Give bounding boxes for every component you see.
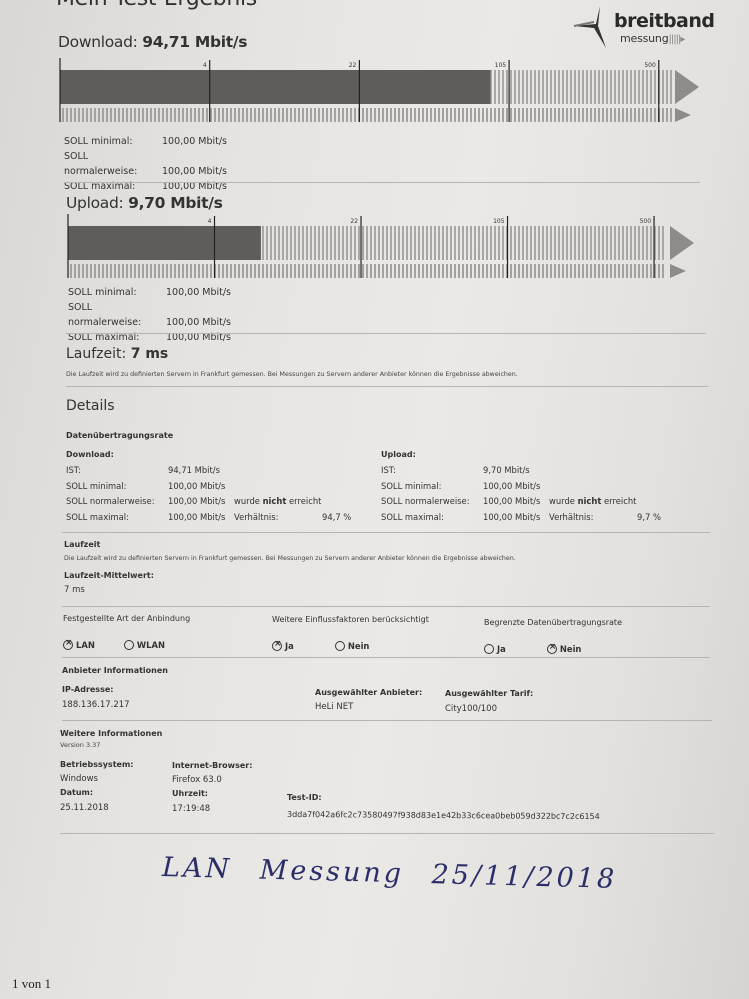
latency-mean-label: Laufzeit-Mittelwert: xyxy=(64,571,154,580)
upload-ratio: 9,7 % xyxy=(637,512,661,522)
divider xyxy=(62,606,710,607)
page-title: Mein Test-Ergebnis xyxy=(56,0,257,11)
download-value: 94,71 Mbit/s xyxy=(142,33,247,51)
upload-value: 9,70 Mbit/s xyxy=(128,194,222,212)
radio-factors-ja: Ja xyxy=(272,641,294,651)
time-label: Uhrzeit: xyxy=(172,789,208,798)
radio-unchecked-icon xyxy=(124,640,134,650)
logo-sub-text: messung|||||▸ xyxy=(620,32,684,45)
browser-value: Firefox 63.0 xyxy=(172,775,222,785)
soll-row: SOLL minimal:100,00 Mbit/s xyxy=(64,134,227,149)
star-logo-icon xyxy=(572,4,616,50)
radio-checked-icon xyxy=(63,640,73,650)
divider xyxy=(62,720,712,721)
detail-row: SOLL maximal:100,00 Mbit/sVerhältnis:9,7… xyxy=(381,510,661,526)
details-download: Download: IST:94,71 Mbit/s SOLL minimal:… xyxy=(66,446,351,525)
radio-limited-nein: Nein xyxy=(547,644,582,654)
svg-text:4: 4 xyxy=(208,218,212,225)
latency-value: 7 ms xyxy=(131,346,169,362)
date-value: 25.11.2018 xyxy=(60,803,109,813)
os-label: Betriebssystem: xyxy=(60,760,133,769)
detail-row: SOLL normalerweise:100,00 Mbit/swurde ni… xyxy=(66,494,351,510)
svg-text:22: 22 xyxy=(350,218,358,225)
divider xyxy=(60,833,714,834)
tariff-value: City100/100 xyxy=(445,704,497,714)
laufzeit-note: Die Laufzeit wird zu definierten Servern… xyxy=(64,555,516,562)
detail-row: SOLL normalerweise:100,00 Mbit/swurde ni… xyxy=(381,494,661,510)
handwritten-note: LAN Messung 25/11/2018 xyxy=(162,852,618,895)
download-heading: Download: 94,71 Mbit/s xyxy=(58,33,247,51)
breitbandmessung-logo: breitband messung|||||▸ xyxy=(572,4,712,50)
download-gauge: 422105500 xyxy=(58,58,703,128)
connection-radio-group: LAN WLAN xyxy=(63,635,165,654)
latency-heading: Laufzeit: 7 ms xyxy=(66,346,168,362)
page-counter: 1 von 1 xyxy=(12,976,51,992)
factors-title: Weitere Einflussfaktoren berücksichtigt xyxy=(272,615,429,624)
details-upload: Upload: IST:9,70 Mbit/s SOLL minimal:100… xyxy=(381,446,661,525)
latency-mean-value: 7 ms xyxy=(64,585,85,595)
testid-label: Test-ID: xyxy=(287,793,322,802)
radio-checked-icon xyxy=(272,641,282,651)
connection-title: Festgestellte Art der Anbindung xyxy=(63,614,190,623)
radio-lan: LAN xyxy=(63,640,95,650)
rate-subheading: Datenübertragungsrate xyxy=(66,431,173,440)
radio-wlan: WLAN xyxy=(124,640,165,650)
radio-checked-icon xyxy=(547,644,557,654)
divider xyxy=(66,386,708,387)
radio-unchecked-icon xyxy=(484,644,494,654)
svg-text:500: 500 xyxy=(644,62,656,69)
time-value: 17:19:48 xyxy=(172,804,210,814)
divider xyxy=(66,333,706,334)
radio-unchecked-icon xyxy=(335,641,345,651)
version-text: Version 3.37 xyxy=(60,741,100,749)
soll-row: SOLL normalerweise:100,00 Mbit/s xyxy=(64,149,227,179)
latency-note: Die Laufzeit wird zu definierten Servern… xyxy=(66,371,518,378)
provider-value: HeLi NET xyxy=(315,702,353,712)
date-label: Datum: xyxy=(60,788,93,797)
svg-text:4: 4 xyxy=(203,62,207,69)
svg-text:22: 22 xyxy=(349,62,357,69)
laufzeit-subheading: Laufzeit xyxy=(64,540,100,549)
svg-text:105: 105 xyxy=(493,218,505,225)
ip-label: IP-Adresse: xyxy=(62,685,113,694)
soll-row: SOLL normalerweise:100,00 Mbit/s xyxy=(68,300,231,330)
tariff-label: Ausgewählter Tarif: xyxy=(445,689,533,698)
provider-heading: Anbieter Informationen xyxy=(62,666,168,675)
divider xyxy=(62,532,710,533)
divider xyxy=(64,182,700,183)
download-soll-table: SOLL minimal:100,00 Mbit/s SOLL normaler… xyxy=(64,134,227,194)
divider xyxy=(62,657,710,658)
detail-row: SOLL minimal:100,00 Mbit/s xyxy=(66,479,351,495)
detail-row: IST:9,70 Mbit/s xyxy=(381,463,661,479)
limited-title: Begrenzte Datenübertragungsrate xyxy=(484,618,622,627)
browser-label: Internet-Browser: xyxy=(172,761,252,770)
factors-radio-group: Ja Nein xyxy=(272,636,369,655)
details-heading: Details xyxy=(66,398,115,414)
soll-row: SOLL minimal:100,00 Mbit/s xyxy=(68,285,231,300)
detail-row: SOLL minimal:100,00 Mbit/s xyxy=(381,479,661,495)
upload-gauge: 422105500 xyxy=(66,214,698,279)
upload-heading: Upload: 9,70 Mbit/s xyxy=(66,194,223,212)
radio-limited-ja: Ja xyxy=(484,644,506,654)
svg-text:105: 105 xyxy=(495,62,507,69)
limited-radio-group: Ja Nein xyxy=(484,639,581,658)
testid-value: 3dda7f042a6fc2c73580497f938d83e1e42b33c6… xyxy=(287,810,600,821)
svg-text:500: 500 xyxy=(640,218,652,225)
ip-value: 188.136.17.217 xyxy=(62,700,130,710)
logo-brand-text: breitband xyxy=(614,10,715,32)
detail-row: SOLL maximal:100,00 Mbit/sVerhältnis:94,… xyxy=(66,510,351,526)
download-ratio: 94,7 % xyxy=(322,512,351,522)
provider-label: Ausgewählter Anbieter: xyxy=(315,688,422,697)
os-value: Windows xyxy=(60,774,98,784)
more-info-heading: Weitere Informationen xyxy=(60,729,162,738)
upload-soll-table: SOLL minimal:100,00 Mbit/s SOLL normaler… xyxy=(68,285,231,345)
detail-row: IST:94,71 Mbit/s xyxy=(66,463,351,479)
radio-factors-nein: Nein xyxy=(335,641,370,651)
